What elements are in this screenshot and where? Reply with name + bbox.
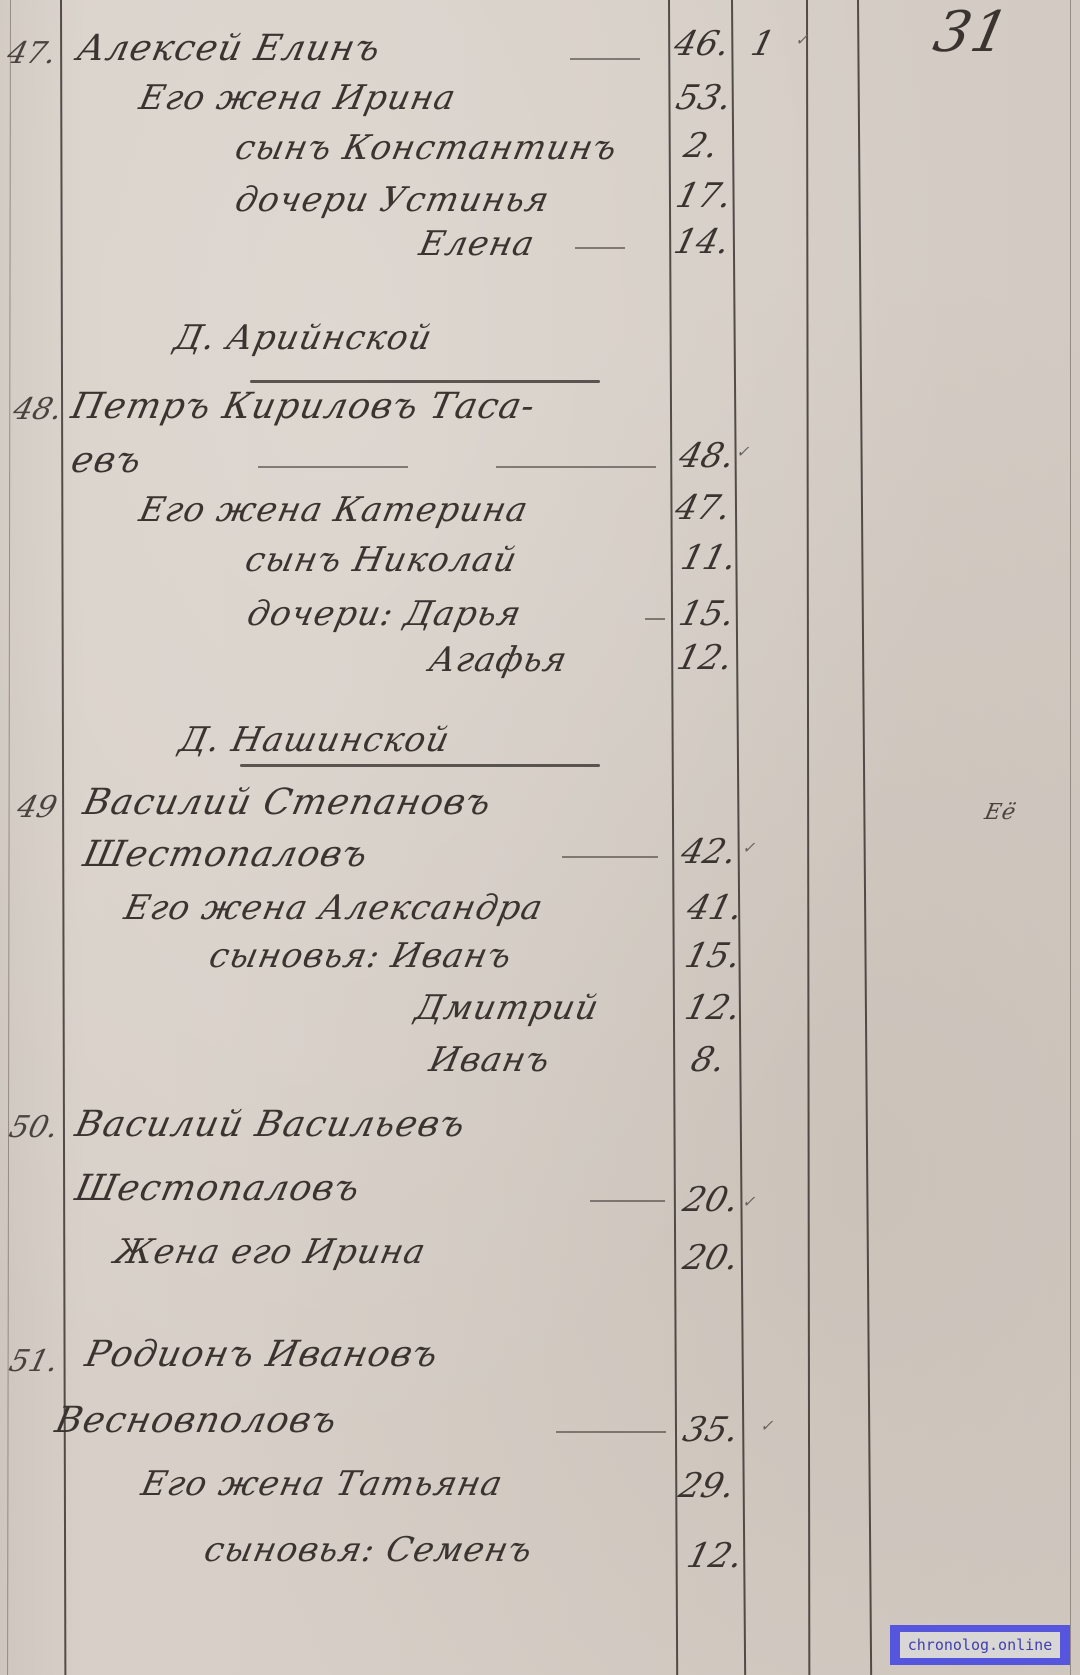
filler-dash bbox=[562, 856, 658, 858]
filler-dash bbox=[590, 1200, 665, 1202]
member-age: 41. bbox=[683, 888, 747, 928]
member-age: 12. bbox=[683, 1536, 747, 1576]
family-member: Иванъ bbox=[426, 1040, 554, 1080]
family-member: сынъ Николай bbox=[242, 540, 521, 580]
family-member: дочери: Дарья bbox=[244, 594, 525, 634]
filler-dash bbox=[570, 58, 640, 60]
head-age: 42. bbox=[677, 832, 741, 872]
member-age: 2. bbox=[680, 126, 722, 166]
watermark-text: chronolog.online bbox=[900, 1632, 1060, 1658]
household-head-continued: Шестопаловъ bbox=[80, 834, 372, 875]
household-head-continued: евъ bbox=[68, 440, 146, 481]
member-age: 12. bbox=[673, 638, 737, 678]
margin-note: Её bbox=[982, 800, 1018, 825]
site-watermark: chronolog.online bbox=[890, 1625, 1070, 1665]
check-mark: ✓ bbox=[736, 442, 749, 461]
filler-dash bbox=[556, 1431, 666, 1433]
check-mark: ✓ bbox=[760, 1416, 773, 1435]
household-head: Алексей Елинъ bbox=[74, 28, 385, 69]
family-member: сынъ Константинъ bbox=[232, 128, 621, 168]
filler-dash bbox=[496, 466, 656, 468]
filler-dash bbox=[258, 466, 408, 468]
census-page: 31 47. Алексей Елинъ 46. 1 ✓ Его жена Ир… bbox=[0, 0, 1080, 1675]
margin-rule-outer bbox=[7, 0, 11, 1675]
family-member: Агафья bbox=[426, 640, 571, 680]
right-edge-rule bbox=[1070, 0, 1071, 1675]
entry-number: 49 bbox=[14, 790, 61, 825]
member-age: 12. bbox=[681, 988, 745, 1028]
head-age: 35. bbox=[679, 1410, 743, 1450]
head-age: 46. bbox=[670, 24, 734, 64]
entry-number: 48. bbox=[10, 392, 66, 427]
check-mark: ✓ bbox=[795, 30, 808, 49]
household-head-continued: Весновполовъ bbox=[52, 1400, 341, 1441]
household-head: Василий Степановъ bbox=[80, 782, 496, 823]
head-age: 20. bbox=[679, 1180, 743, 1220]
household-head: Василий Васильевъ bbox=[72, 1104, 470, 1145]
remarks-column-rule bbox=[857, 0, 872, 1675]
member-age: 15. bbox=[675, 594, 739, 634]
member-age: 29. bbox=[675, 1466, 739, 1506]
family-member: Его жена Александра bbox=[121, 888, 547, 928]
family-member: дочери Устинья bbox=[232, 180, 553, 220]
member-age: 8. bbox=[687, 1040, 729, 1080]
entry-number: 50. bbox=[6, 1110, 62, 1145]
page-number: 31 bbox=[928, 0, 1015, 65]
filler-dash bbox=[645, 618, 665, 620]
village-underline bbox=[240, 764, 600, 767]
member-age: 20. bbox=[679, 1238, 743, 1278]
entry-number: 51. bbox=[6, 1344, 62, 1379]
household-head-continued: Шестопаловъ bbox=[72, 1168, 364, 1209]
household-head: Петръ Кириловъ Таса- bbox=[68, 386, 540, 427]
village-underline bbox=[250, 380, 600, 383]
check-mark: ✓ bbox=[742, 1192, 755, 1211]
family-member: сыновья: Иванъ bbox=[206, 936, 516, 976]
head-age: 48. bbox=[675, 436, 739, 476]
member-age: 15. bbox=[681, 936, 745, 976]
village-heading: Д. Нашинской bbox=[176, 720, 454, 760]
family-member: Его жена Ирина bbox=[136, 78, 460, 118]
member-age: 17. bbox=[672, 176, 736, 216]
member-age: 53. bbox=[672, 78, 736, 118]
member-age: 14. bbox=[670, 222, 734, 262]
member-age: 11. bbox=[677, 538, 741, 578]
extra-column-rule bbox=[806, 0, 810, 1675]
village-heading: Д. Арийнской bbox=[171, 318, 436, 358]
family-member: сыновья: Семенъ bbox=[201, 1530, 537, 1570]
member-age: 47. bbox=[671, 488, 735, 528]
family-member: Его жена Катерина bbox=[136, 490, 532, 530]
household-head: Родионъ Ивановъ bbox=[82, 1334, 443, 1375]
family-member: Жена его Ирина bbox=[111, 1232, 430, 1272]
extra-column-value: 1 bbox=[747, 24, 779, 64]
family-member: Его жена Татьяна bbox=[138, 1464, 507, 1504]
filler-dash bbox=[575, 247, 625, 249]
entry-number: 47. bbox=[4, 36, 60, 71]
family-member: Дмитрий bbox=[412, 988, 603, 1028]
family-member: Елена bbox=[416, 224, 539, 264]
check-mark: ✓ bbox=[742, 838, 755, 857]
